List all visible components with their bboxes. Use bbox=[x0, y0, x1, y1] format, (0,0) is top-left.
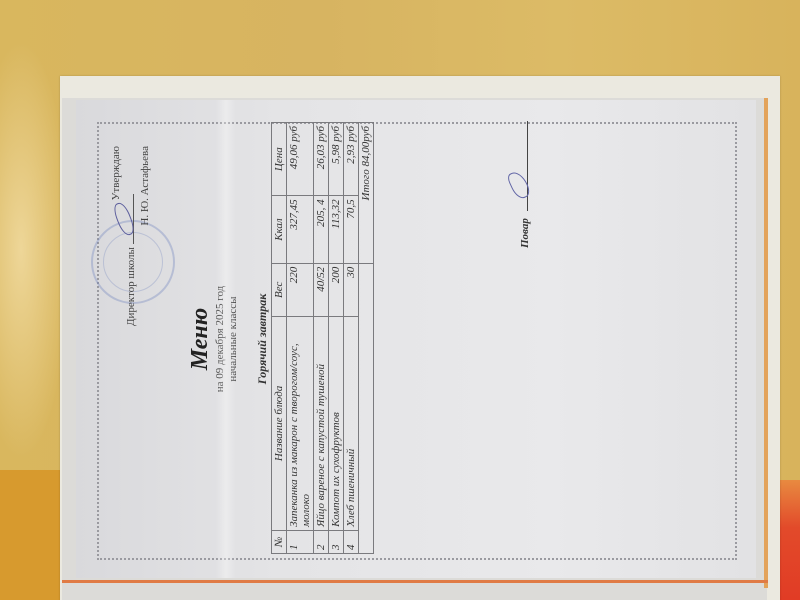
header-num: № bbox=[272, 530, 287, 553]
approval-title: Утверждаю bbox=[109, 146, 123, 326]
row-kcal: 327,45 bbox=[287, 196, 314, 263]
header-weight: Вес bbox=[272, 263, 287, 316]
director-signature-icon bbox=[123, 194, 134, 244]
sleeve-bottom-edge bbox=[62, 580, 768, 583]
row-name: Яйцо вареное с капустой тушеной bbox=[314, 316, 329, 530]
row-weight: 30 bbox=[344, 263, 359, 316]
approval-name: Н. Ю. Астафьева bbox=[138, 146, 152, 326]
sleeve-edge-stripe bbox=[764, 98, 768, 588]
row-weight: 200 bbox=[329, 263, 344, 316]
approval-position: Директор школы bbox=[125, 247, 137, 326]
row-weight: 40/52 bbox=[314, 263, 329, 316]
row-price: 49,06 руб bbox=[287, 123, 314, 196]
row-name: Запеканка из макарон с творогом/соус, мо… bbox=[287, 316, 314, 530]
table-row: 4 Хлеб пшеничный 30 70,5 2,93 руб bbox=[344, 123, 359, 554]
row-num: 4 bbox=[344, 530, 359, 553]
background-red-panel bbox=[778, 480, 800, 600]
row-weight: 220 bbox=[287, 263, 314, 316]
table-row: 1 Запеканка из макарон с творогом/соус, … bbox=[287, 123, 314, 554]
table-header-row: № Название блюда Вес Ккал Цена bbox=[272, 123, 287, 554]
header-kcal: Ккал bbox=[272, 196, 287, 263]
row-name: Компот их сухофруктов bbox=[329, 316, 344, 530]
table-row: 3 Компот их сухофруктов 200 113,32 5,98 … bbox=[329, 123, 344, 554]
row-name: Хлеб пшеничный bbox=[344, 316, 359, 530]
table-row: 2 Яйцо вареное с капустой тушеной 40/52 … bbox=[314, 123, 329, 554]
sleeve-reflection bbox=[216, 100, 236, 578]
cook-signature-block: Повар bbox=[517, 121, 531, 248]
menu-paper: Утверждаю Директор школы Н. Ю. Астафьева… bbox=[76, 100, 756, 578]
row-price: 5,98 руб bbox=[329, 123, 344, 196]
menu-page: Утверждаю Директор школы Н. Ю. Астафьева… bbox=[76, 100, 755, 578]
approval-block: Утверждаю Директор школы Н. Ю. Астафьева bbox=[109, 146, 152, 326]
approval-position-line: Директор школы bbox=[123, 146, 138, 326]
header-price: Цена bbox=[272, 123, 287, 196]
table-total: Итого 84,00руб bbox=[359, 123, 374, 264]
row-kcal: 113,32 bbox=[329, 196, 344, 263]
cook-signature-icon bbox=[517, 121, 528, 211]
menu-table: № Название блюда Вес Ккал Цена 1 Запекан… bbox=[271, 122, 374, 554]
row-num: 2 bbox=[314, 530, 329, 553]
page-title: Меню bbox=[187, 100, 214, 578]
row-price: 2,93 руб bbox=[344, 123, 359, 196]
table-total-row: Итого 84,00руб bbox=[359, 123, 374, 554]
cook-label: Повар bbox=[519, 218, 531, 248]
row-num: 3 bbox=[329, 530, 344, 553]
row-price: 26,03 руб bbox=[314, 123, 329, 196]
row-kcal: 70,5 bbox=[344, 196, 359, 263]
header-name: Название блюда bbox=[272, 316, 287, 530]
row-num: 1 bbox=[287, 530, 314, 553]
total-blank bbox=[359, 263, 374, 553]
row-kcal: 205, 4 bbox=[314, 196, 329, 263]
meal-type: Горячий завтрак bbox=[255, 100, 270, 578]
